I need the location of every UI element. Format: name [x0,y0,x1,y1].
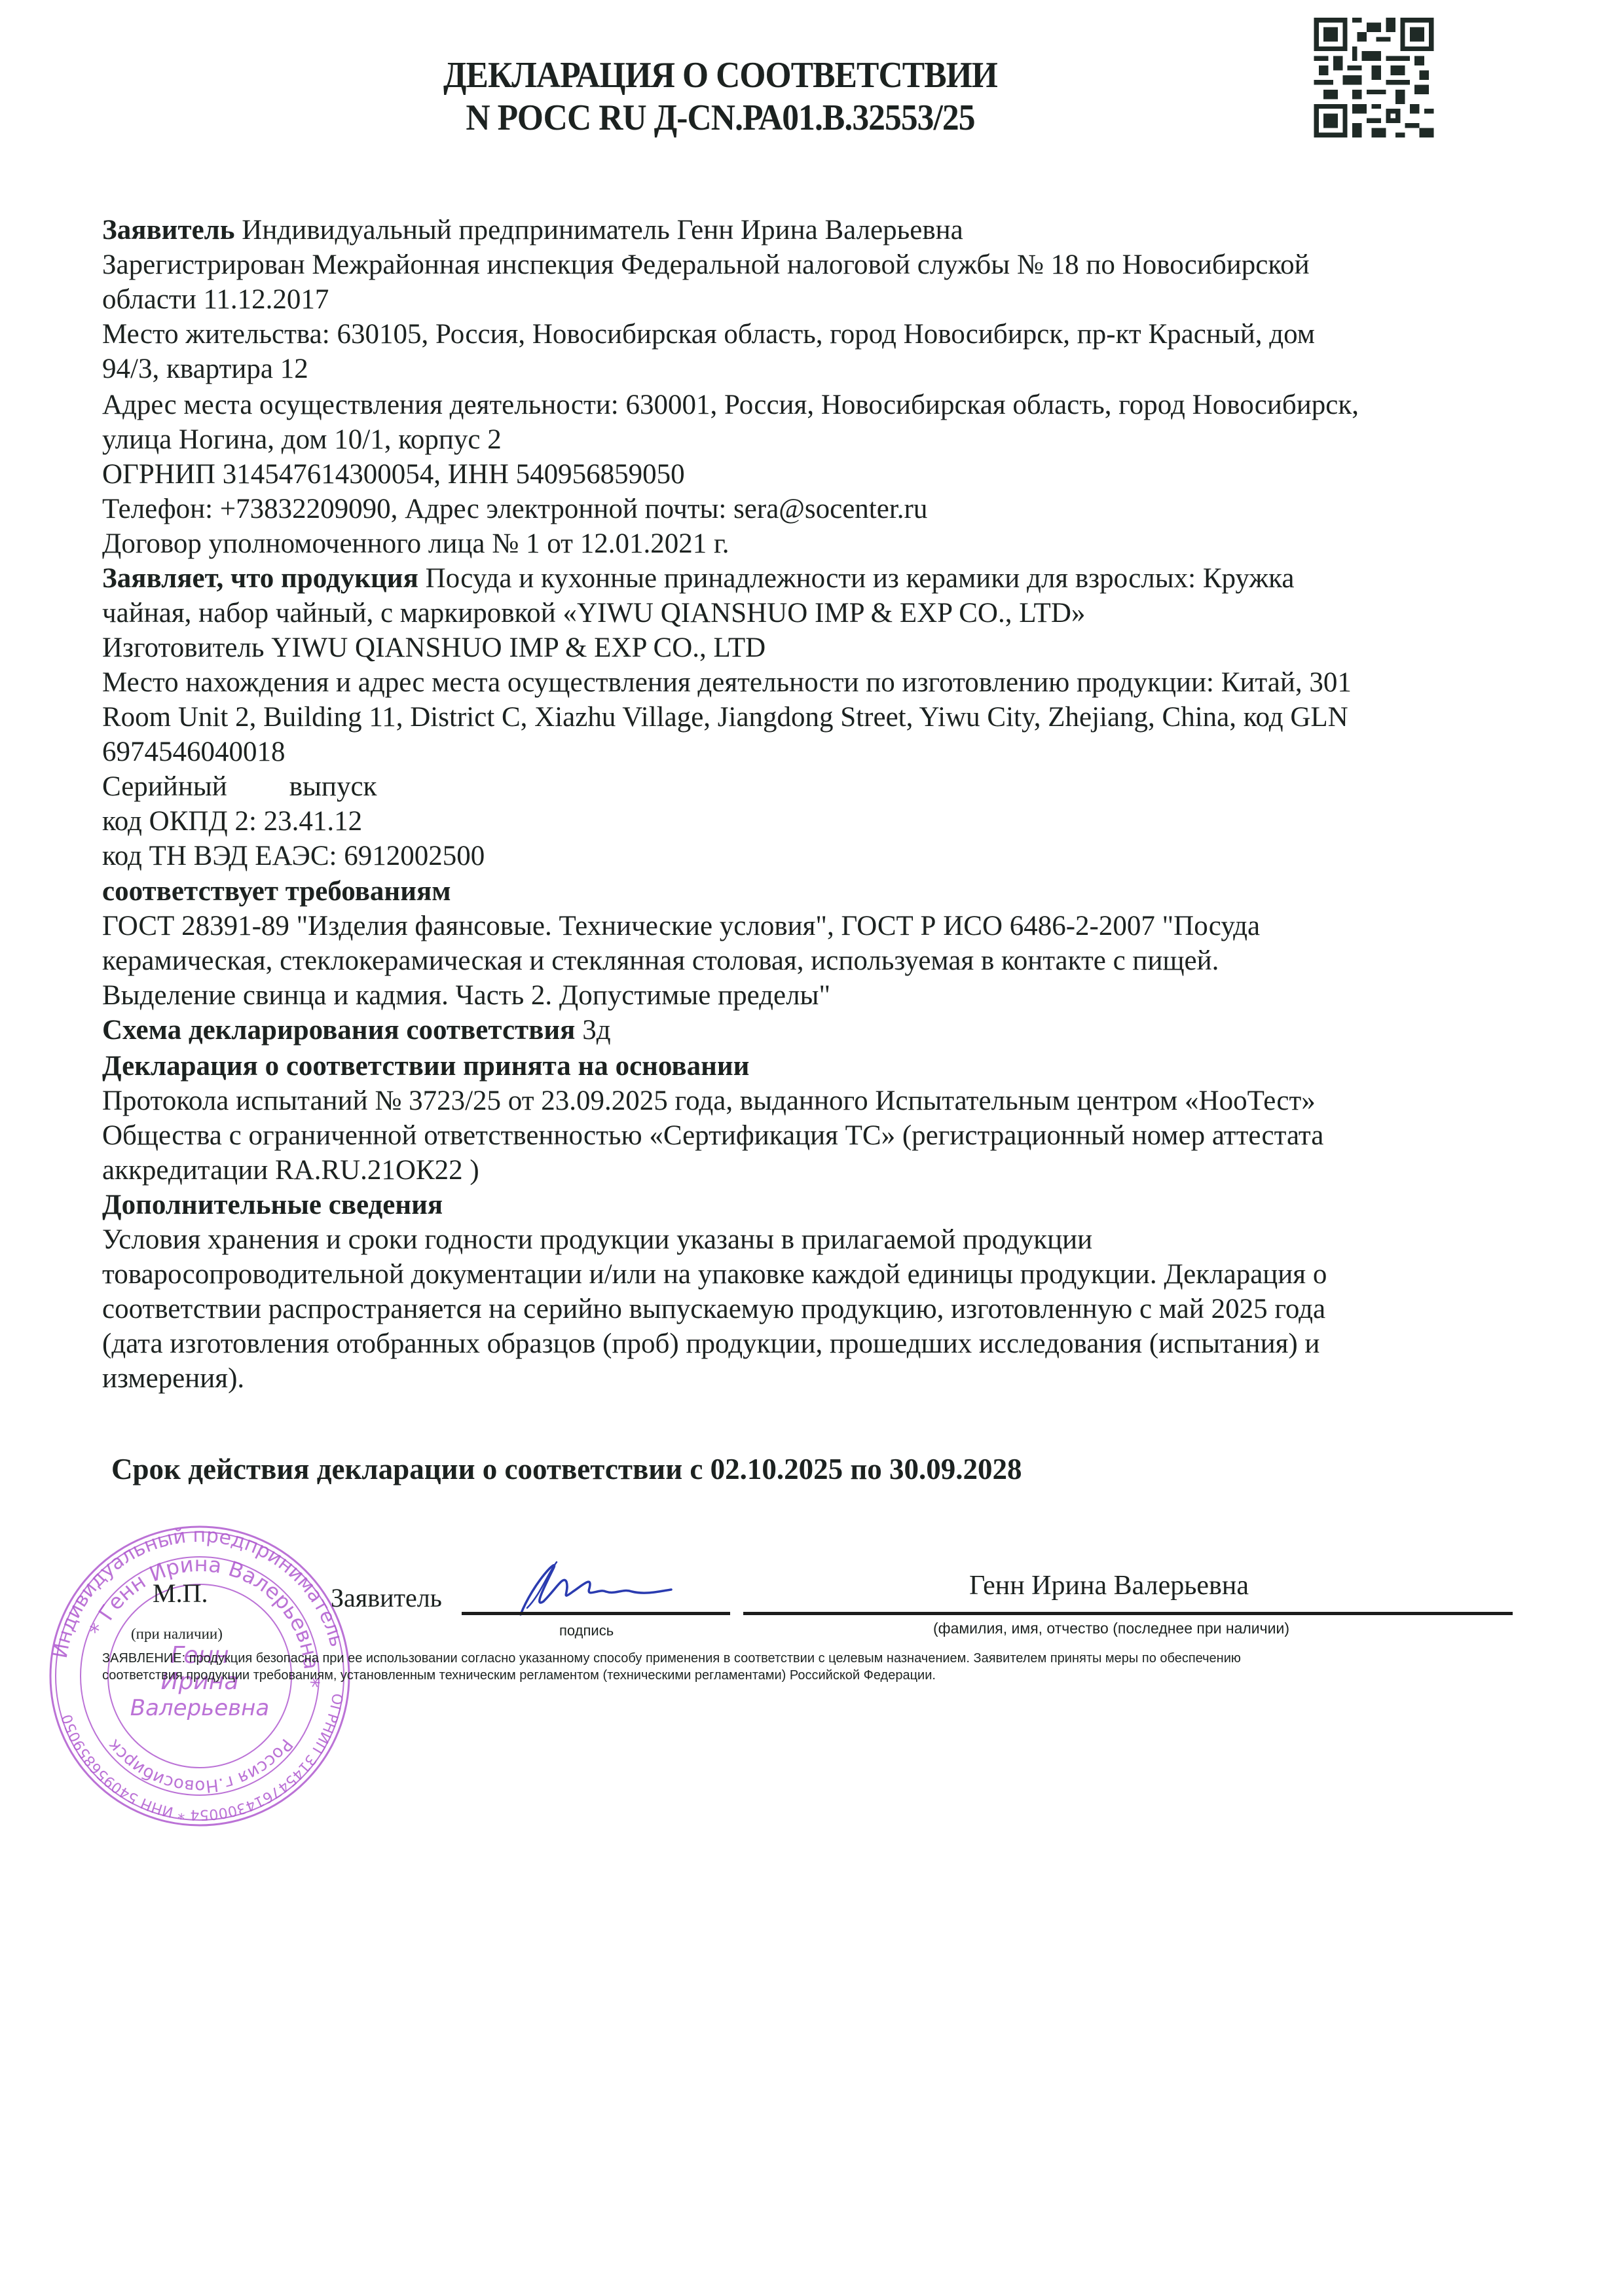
signature-applicant-label: Заявитель [331,1582,442,1613]
requirements-label: соответствует требованиям [102,875,451,907]
svg-text:Россия г.Новосибирск: Россия г.Новосибирск [103,1735,296,1796]
applicant-line: Заявитель Индивидуальный предприниматель… [102,214,963,246]
additional-line-5: измерения). [102,1362,244,1394]
stamp-middle-bottom: Россия г.Новосибирск [103,1735,296,1796]
mfg-gln: 6974546040018 [102,736,286,768]
additional-line-4: (дата изготовления отобранных образцов (… [102,1328,1319,1360]
document-title: ДЕКЛАРАЦИЯ О СООТВЕТСТВИИ [58,56,1383,95]
scheme-line: Схема декларирования соответствия 3д [102,1014,611,1046]
scheme-value: 3д [582,1015,610,1046]
tnved-code: код ТН ВЭД ЕАЭС: 6912002500 [102,840,485,872]
additional-label: Дополнительные сведения [102,1189,443,1221]
declaration-number: N РОСС RU Д-CN.РА01.В.32553/25 [58,98,1383,137]
activity-address-line-1: Адрес места осуществления деятельности: … [102,389,1359,421]
product-line-2: чайная, набор чайный, с маркировкой «YIW… [102,597,1085,629]
seal-sublabel: (при наличии) [131,1626,223,1643]
authorized-contract: Договор уполномоченного лица № 1 от 12.0… [102,528,729,560]
statement-line-2: соответствия продукции требованиям, уста… [102,1667,1241,1684]
basis-line-1: Протокола испытаний № 3723/25 от 23.09.2… [102,1085,1316,1117]
product-line-1: Заявляет, что продукция Посуда и кухонны… [102,562,1294,594]
okpd-code: код ОКПД 2: 23.41.12 [102,805,362,837]
mfg-address-line-1: Место нахождения и адрес места осуществл… [102,666,1352,699]
requirements-line-2: керамическая, стеклокерамическая и стекл… [102,945,1219,977]
mfg-address-line-2: Room Unit 2, Building 11, District C, Xi… [102,701,1348,733]
release-type: Серийныйвыпуск [102,771,377,803]
product-label: Заявляет, что продукция [102,563,418,594]
statement-line-1: ЗАЯВЛЕНИЕ: продукция безопасна при ее ис… [102,1650,1241,1667]
safety-statement: ЗАЯВЛЕНИЕ: продукция безопасна при ее ис… [102,1650,1241,1684]
additional-line-2: товаросопроводительной документации и/ил… [102,1258,1327,1290]
ogrnip-inn: ОГРНИП 314547614300054, ИНН 540956859050 [102,458,685,490]
signature-line [462,1612,730,1615]
requirements-line-3: Выделение свинца и кадмия. Часть 2. Допу… [102,979,830,1011]
signature-sublabel: подпись [559,1622,614,1639]
release-word-1: Серийный [102,771,227,802]
basis-line-2: Общества с ограниченной ответственностью… [102,1120,1323,1152]
product-value-1: Посуда и кухонные принадлежности из кера… [426,563,1295,594]
registration-line-2: области 11.12.2017 [102,283,329,316]
applicant-label: Заявитель [102,215,235,246]
seal-label: М.П. [153,1578,208,1609]
stamp-center-3: Валерьевна [130,1695,269,1721]
validity-period: Срок действия декларации о соответствии … [111,1452,1022,1486]
applicant-value: Индивидуальный предприниматель Генн Ирин… [242,215,963,246]
contacts: Телефон: +73832209090, Адрес электронной… [102,493,927,525]
basis-line-3: аккредитации RA.RU.21ОК22 ) [102,1154,479,1186]
additional-line-1: Условия хранения и сроки годности продук… [102,1224,1092,1256]
additional-line-3: соответствии распространяется на серийно… [102,1293,1325,1325]
activity-address-line-2: улица Ногина, дом 10/1, корпус 2 [102,424,502,456]
basis-label: Декларация о соответствии принята на осн… [102,1050,749,1082]
release-word-2: выпуск [289,771,377,802]
scheme-label: Схема декларирования соответствия [102,1015,575,1046]
name-line [743,1612,1513,1615]
residence-line-1: Место жительства: 630105, Россия, Новоси… [102,318,1315,350]
signer-name: Генн Ирина Валерьевна [969,1570,1249,1601]
signer-name-sublabel: (фамилия, имя, отчество (последнее при н… [933,1620,1289,1637]
handwritten-signature-icon [507,1556,678,1618]
requirements-line-1: ГОСТ 28391-89 "Изделия фаянсовые. Технич… [102,910,1260,942]
qr-code-icon [1312,18,1436,137]
registration-line-1: Зарегистрирован Межрайонная инспекция Фе… [102,249,1310,281]
manufacturer: Изготовитель YIWU QIANSHUO IMP & EXP CO.… [102,632,766,664]
residence-line-2: 94/3, квартира 12 [102,353,308,385]
